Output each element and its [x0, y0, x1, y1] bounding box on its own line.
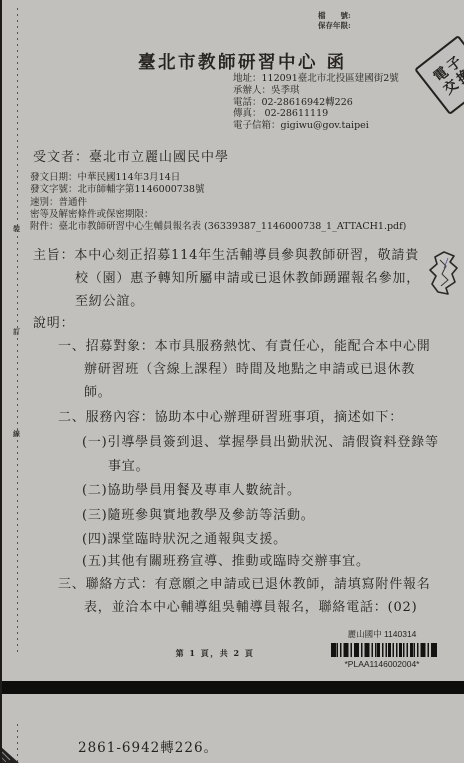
binding-mark-ding: 訂 [13, 327, 20, 337]
sender-contact-block: 地址：112091臺北市北投區建國街2號 承辦人：吳季琪 電話：02-28616… [233, 73, 399, 132]
barcode-label: 麗山國中 1140314 [330, 628, 434, 640]
speed-class: 速別：普通件 [30, 197, 406, 209]
item3-line-1: 三、聯絡方式：有意願之申請或已退休教師，請填寫附件報名 [58, 573, 431, 592]
item2-sub4: (四)課堂臨時狀況之通報與支援。 [82, 528, 287, 547]
document-title: 臺北市教師研習中心 函 [138, 49, 347, 74]
page-break-divider [0, 681, 464, 694]
binding-mark-xian: 線 [13, 429, 20, 439]
dispatch-date: 發文日期：中華民國114年3月14日 [30, 172, 406, 184]
file-number-label: 檔 號: [318, 11, 351, 21]
item1-line-2: 辦研習班（含線上課程）時間及地點之申請或已退休教 [84, 358, 415, 377]
file-retention-block: 檔 號: 保存年限: [318, 11, 351, 30]
retention-period-label: 保存年限: [318, 21, 351, 31]
item2-sub3: (三)隨班參與實地教學及參訪等活動。 [82, 504, 315, 523]
sender-email: 電子信箱：gigiwu@gov.taipei [233, 120, 399, 132]
subject-line-2: 校（園）惠予轉知所屬申請或已退休教師踴躍報名參加， [75, 267, 420, 286]
recipient-line: 受文者：臺北市立麗山國民中學 [33, 146, 229, 165]
sender-phone: 電話：02-28616942轉226 [233, 97, 399, 109]
sender-contact-person: 承辦人：吳季琪 [233, 85, 399, 97]
security-class: 密等及解密條件或保密期限： [30, 209, 406, 221]
barcode [331, 643, 437, 657]
electronic-exchange-stamp: 電子 交換 [414, 35, 464, 115]
scanned-letter-page: 裝 訂 線 檔 號: 保存年限: 臺北市教師研習中心 函 電子 交換 地址：11… [0, 0, 464, 763]
page-indicator: 第 1 頁，共 2 頁 [150, 648, 280, 659]
crumpled-paper-artifact [428, 250, 460, 302]
scan-edge-strip [0, 0, 2, 763]
item3-line-2: 表，並洽本中心輔導組吳輔導員報名，聯絡電話：(02) [84, 596, 418, 615]
attachment-line: 附件：臺北市教師研習中心生輔員報名表 (36339387_1146000738_… [30, 221, 406, 233]
barcode-text: *PLAA1146002004* [330, 659, 434, 669]
item2-sub2: (二)協助學員用餐及專車人數統計。 [82, 479, 301, 498]
subject-line-1: 主旨：本中心刻正招募114年生活輔導員參與教師研習，敬請貴 [33, 244, 419, 263]
item2-header: 二、服務內容：協助本中心辦理研習班事項，摘述如下： [58, 406, 403, 425]
sender-address: 地址：112091臺北市北投區建國街2號 [233, 73, 399, 85]
explanation-header: 說明： [33, 312, 74, 331]
subject-line-3: 至紉公誼。 [75, 290, 144, 309]
dispatch-meta-block: 發文日期：中華民國114年3月14日 發文字號：北市師輔字第1146000738… [30, 172, 406, 233]
item2-sub1-line1: (一)引導學員簽到退、掌握學員出勤狀況、請假資料登錄等 [82, 431, 439, 450]
page2-continuation-line: 2861-6942轉226。 [78, 736, 218, 756]
item2-sub1-line2: 事宜。 [108, 455, 149, 474]
item1-line-1: 一、招募對象：本市具服務熱忱、有責任心，能配合本中心開 [58, 335, 431, 354]
dispatch-number: 發文字號：北市師輔字第1146000738號 [30, 184, 406, 196]
corner-stamp-fragment [0, 740, 20, 763]
binding-mark-zhuang: 裝 [13, 224, 20, 234]
item1-line-3: 師。 [84, 381, 112, 400]
item2-sub5: (五)其他有關班務宣導、推動或臨時交辦事宜。 [82, 550, 370, 569]
sender-fax: 傳真： 02-28611119 [233, 108, 399, 120]
